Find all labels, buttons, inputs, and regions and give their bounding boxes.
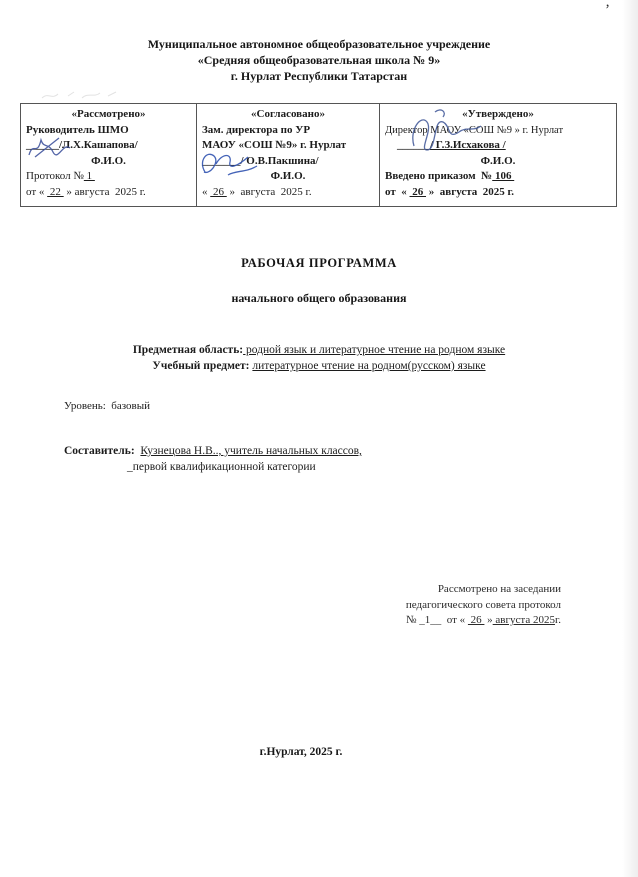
agreed-role: Зам. директора по УР xyxy=(202,123,374,139)
school-header-line1: Муниципальное автономное общеобразовател… xyxy=(0,36,638,52)
date-prefix: « xyxy=(202,186,210,198)
subject-area-value: родной язык и литературное чтение на род… xyxy=(243,344,505,356)
order-number: 106 xyxy=(492,170,514,182)
author-block: Составитель: Кузнецова Н.В.., учитель на… xyxy=(64,443,362,475)
subject-line: Учебный предмет: литературное чтение на … xyxy=(0,358,638,374)
date-suffix: » августа 2025 г. xyxy=(227,186,312,198)
subject-label: Учебный предмет: xyxy=(152,360,252,372)
council-line2: педагогического совета протокол xyxy=(406,598,561,614)
reviewed-heading: «Рассмотрено» xyxy=(26,107,191,123)
date-suffix: » августа 2025 г. xyxy=(426,186,514,198)
approval-cell-reviewed: «Рассмотрено» Руководитель ШМО ______/Л.… xyxy=(21,104,197,206)
author-label: Составитель: xyxy=(64,445,140,457)
author-value-line1: Кузнецова Н.В.., учитель начальных класс… xyxy=(140,445,362,457)
reviewed-date-line: от « 22 » августа 2025 г. xyxy=(26,185,191,201)
council-line3: № _1__ от « 26 » августа 2025г. xyxy=(406,613,561,629)
signature-blank: ______ xyxy=(26,139,59,151)
signature-blank: _______ xyxy=(202,155,241,167)
approval-cell-approved: «Утверждено» Директор МАОУ «СОШ №9 » г. … xyxy=(380,104,616,206)
school-header-line3: г. Нурлат Республики Татарстан xyxy=(0,68,638,84)
level-label: Уровень: xyxy=(64,400,109,412)
reviewed-protocol-line: Протокол № 1 xyxy=(26,169,191,185)
protocol-number: 1 xyxy=(84,170,95,182)
reviewed-signature-line: ______/Л.Х.Кашапова/ xyxy=(26,138,191,154)
author-line1: Составитель: Кузнецова Н.В.., учитель на… xyxy=(64,443,362,459)
council-line3-suffix: г. xyxy=(555,614,561,626)
date-day: 26 xyxy=(210,186,227,198)
reviewed-name: /Л.Х.Кашапова/ xyxy=(59,139,138,151)
order-label: Введено приказом № xyxy=(385,170,492,182)
pencil-artifact xyxy=(38,86,128,104)
subject-value: литературное чтение на родном(русском) я… xyxy=(252,360,485,372)
reviewed-fio-label: Ф.И.О. xyxy=(26,154,191,170)
approved-signature-line: ______/ Г.З.Исхакова / xyxy=(385,138,611,154)
approved-name: / Г.З.Исхакова / xyxy=(430,139,506,151)
date-prefix: от « xyxy=(26,186,47,198)
scan-artifact-mark: ’ xyxy=(605,2,610,19)
council-line3-prefix: № _1__ от « xyxy=(406,614,468,626)
city-year-line: г.Нурлат, 2025 г. xyxy=(0,746,638,758)
agreed-name: / О.В.Пакшина/ xyxy=(241,155,319,167)
agreed-fio-label: Ф.И.О. xyxy=(202,169,374,185)
approved-role: Директор МАОУ «СОШ №9 » г. Нурлат xyxy=(385,123,611,139)
program-subtitle: начального общего образования xyxy=(0,291,638,306)
subject-area-line: Предметная область: родной язык и литера… xyxy=(0,342,638,358)
agreed-heading: «Согласовано» xyxy=(202,107,374,123)
approval-table: «Рассмотрено» Руководитель ШМО ______/Л.… xyxy=(20,103,617,207)
council-line1: Рассмотрено на заседании xyxy=(406,582,561,598)
council-reviewed-block: Рассмотрено на заседании педагогического… xyxy=(406,582,561,629)
date-suffix: » августа 2025 г. xyxy=(64,186,146,198)
approval-cell-agreed: «Согласовано» Зам. директора по УР МАОУ … xyxy=(197,104,380,206)
approved-fio-label: Ф.И.О. xyxy=(385,154,611,170)
date-day: 22 xyxy=(47,186,64,198)
signature-blank: ______ xyxy=(397,139,430,151)
agreed-org: МАОУ «СОШ №9» г. Нурлат xyxy=(202,138,374,154)
author-value-line2: _первой квалификационной категории xyxy=(127,459,362,475)
subject-block: Предметная область: родной язык и литера… xyxy=(0,342,638,374)
level-value: базовый xyxy=(109,400,150,412)
approved-heading: «Утверждено» xyxy=(385,107,611,123)
approved-order-line: Введено приказом № 106 xyxy=(385,169,611,185)
council-date-day: 26 xyxy=(468,614,485,626)
protocol-label: Протокол № xyxy=(26,170,84,182)
date-day: 26 xyxy=(410,186,427,198)
date-prefix: от « xyxy=(385,186,410,198)
subject-area-label: Предметная область: xyxy=(133,344,243,356)
council-date-month: августа 2025 xyxy=(493,614,555,626)
council-line3-mid: » xyxy=(484,614,492,626)
school-header: Муниципальное автономное общеобразовател… xyxy=(0,36,638,84)
document-page: ’ Муниципальное автономное общеобразоват… xyxy=(0,0,638,877)
agreed-date-line: « 26 » августа 2025 г. xyxy=(202,185,374,201)
school-header-line2: «Средняя общеобразовательная школа № 9» xyxy=(0,52,638,68)
agreed-signature-line: _______/ О.В.Пакшина/ xyxy=(202,154,374,170)
reviewed-role: Руководитель ШМО xyxy=(26,123,191,139)
program-title: РАБОЧАЯ ПРОГРАММА xyxy=(0,256,638,271)
approved-date-line: от « 26 » августа 2025 г. xyxy=(385,185,611,201)
level-line: Уровень: базовый xyxy=(64,400,150,412)
